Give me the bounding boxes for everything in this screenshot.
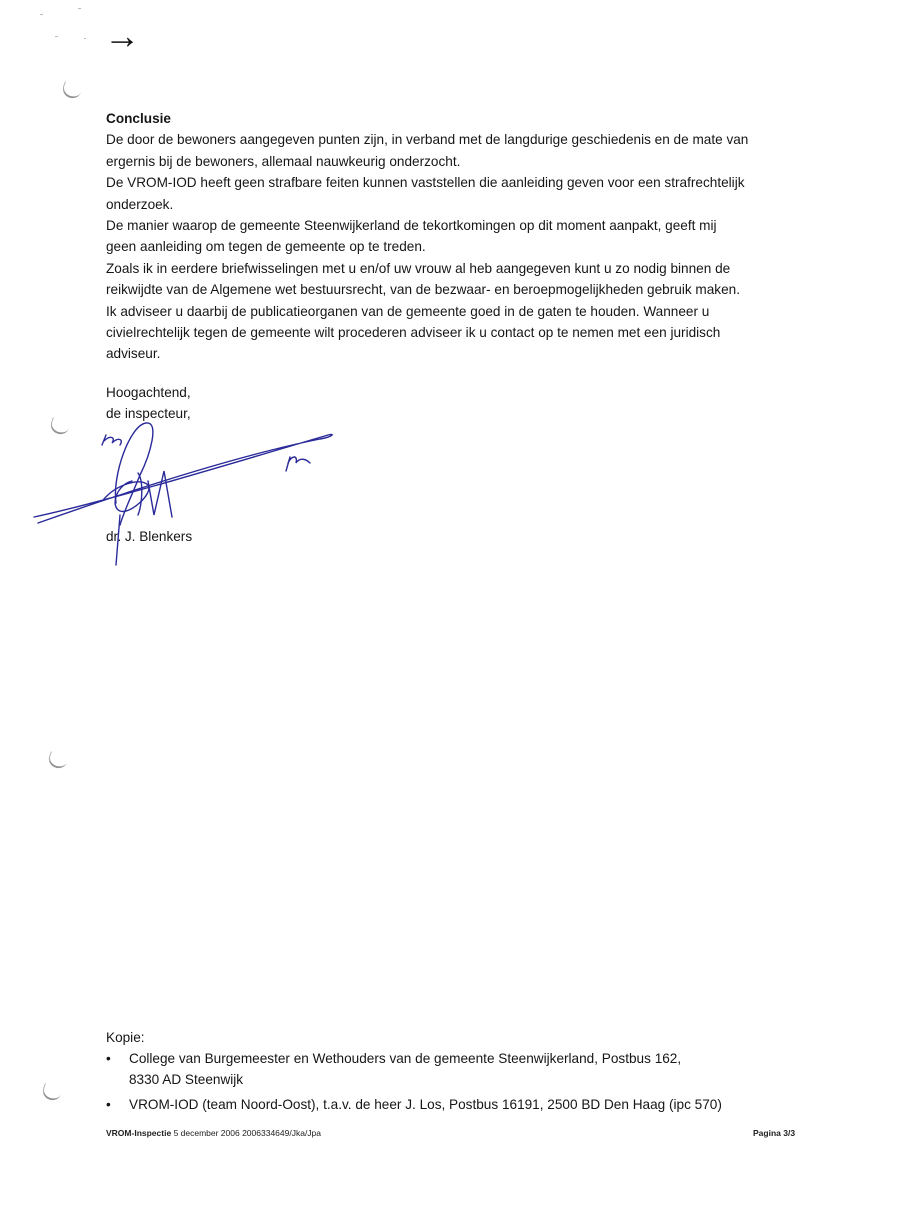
punch-hole-mark <box>40 1083 63 1103</box>
conclusion-line: Zoals ik in eerdere briefwisselingen met… <box>106 258 826 279</box>
conclusion-line: onderzoek. <box>106 194 826 215</box>
punch-hole-mark <box>46 751 69 771</box>
conclusion-line: De door de bewoners aangegeven punten zi… <box>106 129 826 150</box>
salutation: Hoogachtend, <box>106 382 191 403</box>
conclusion-line: adviseur. <box>106 343 826 364</box>
copy-label: Kopie: <box>106 1027 846 1048</box>
recipient-line: 8330 AD Steenwijk <box>129 1069 846 1090</box>
footer-meta: 5 december 2006 2006334649/Jka/Jpa <box>174 1128 321 1138</box>
handwritten-signature <box>20 415 350 575</box>
conclusion-line: Ik adviseer u daarbij de publicatieorgan… <box>106 301 826 322</box>
scan-speck <box>78 8 81 9</box>
conclusion-line: civielrechtelijk tegen de gemeente wilt … <box>106 322 826 343</box>
conclusion-line: reikwijdte van de Algemene wet bestuursr… <box>106 279 826 300</box>
copy-recipients: Kopie: • College van Burgemeester en Wet… <box>106 1027 846 1115</box>
scan-speck <box>84 38 86 39</box>
footer-org: VROM-Inspectie <box>106 1128 171 1138</box>
conclusion-line: ergernis bij de bewoners, allemaal nauwk… <box>106 151 826 172</box>
bullet-icon: • <box>106 1048 111 1069</box>
scan-speck <box>40 14 43 15</box>
list-item: • College van Burgemeester en Wethouders… <box>106 1048 846 1090</box>
bullet-icon: • <box>106 1094 111 1115</box>
conclusion-line: geen aanleiding om tegen de gemeente op … <box>106 236 826 257</box>
scan-speck <box>55 36 58 37</box>
conclusion-section: Conclusie De door de bewoners aangegeven… <box>106 108 826 365</box>
punch-hole-mark <box>60 81 83 101</box>
list-item: • VROM-IOD (team Noord-Oost), t.a.v. de … <box>106 1094 846 1115</box>
footer-reference: VROM-Inspectie 5 december 2006 200633464… <box>106 1128 321 1138</box>
conclusion-heading: Conclusie <box>106 108 826 129</box>
conclusion-line: De manier waarop de gemeente Steenwijker… <box>106 215 826 236</box>
recipient-line: VROM-IOD (team Noord-Oost), t.a.v. de he… <box>129 1094 846 1115</box>
right-arrow-icon: → <box>104 16 140 56</box>
signer-name: dr. J. Blenkers <box>106 526 192 547</box>
copy-list: • College van Burgemeester en Wethouders… <box>106 1048 846 1115</box>
conclusion-line: De VROM-IOD heeft geen strafbare feiten … <box>106 172 826 193</box>
page-number: Pagina 3/3 <box>753 1128 795 1138</box>
recipient-line: College van Burgemeester en Wethouders v… <box>129 1048 846 1069</box>
